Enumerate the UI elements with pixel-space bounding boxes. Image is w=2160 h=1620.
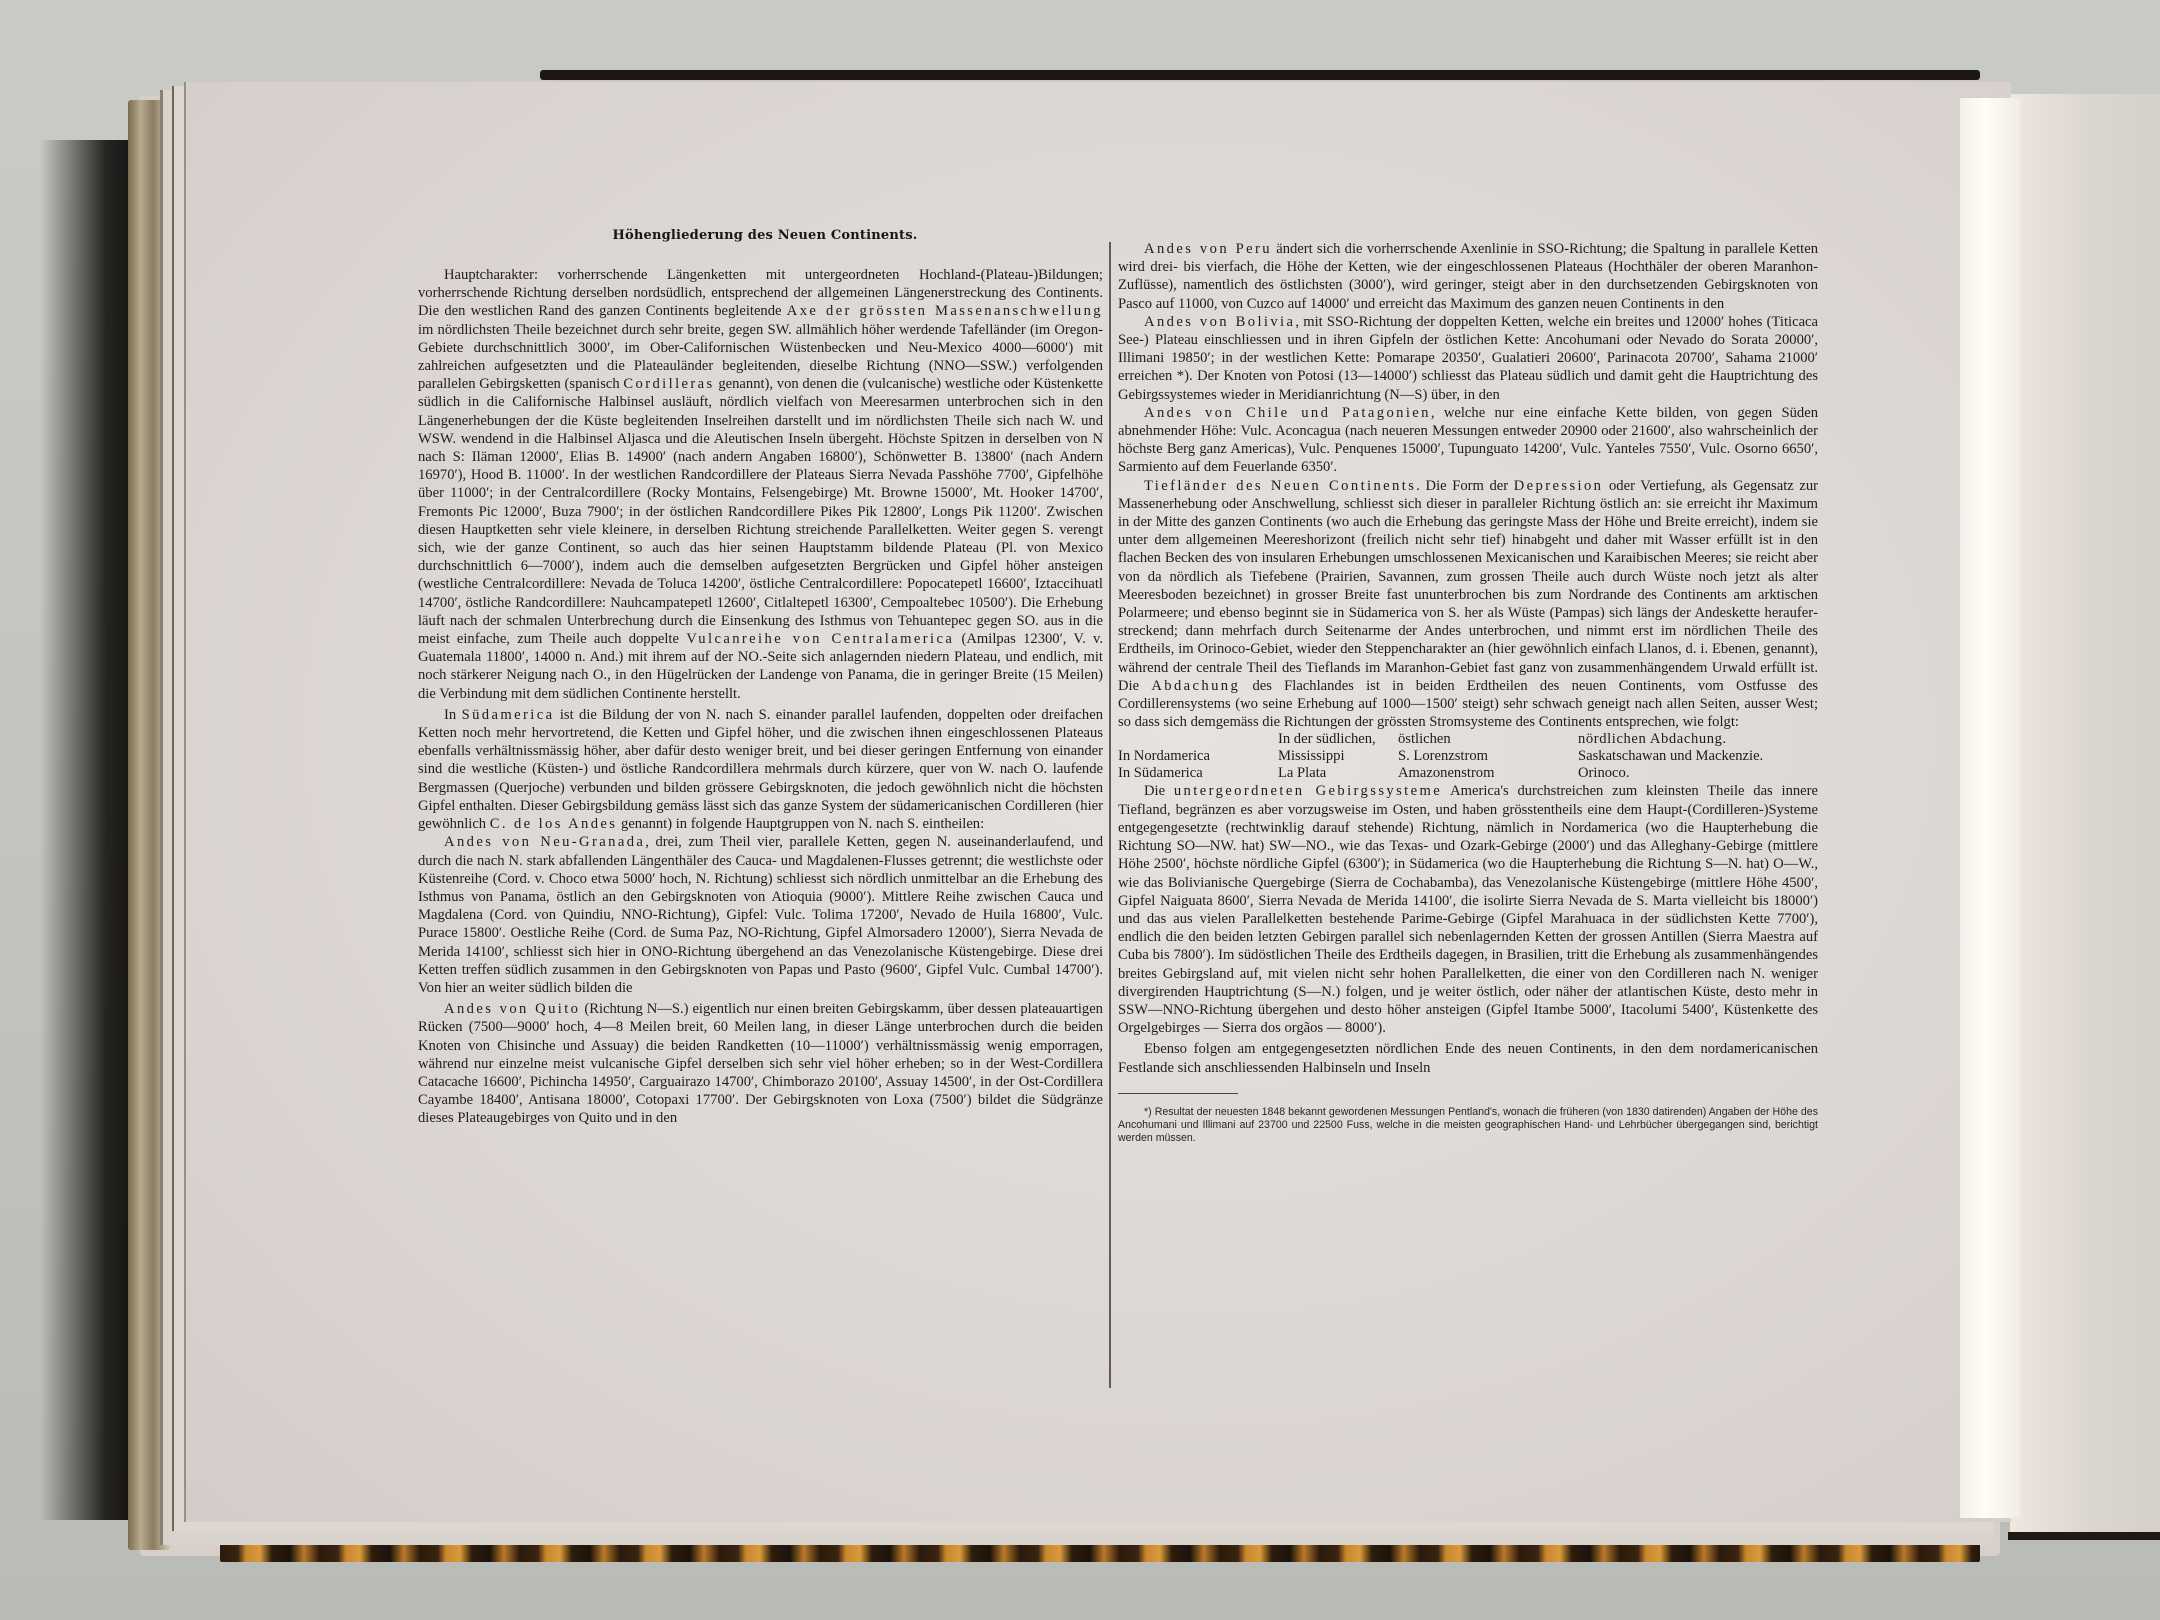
facing-page (2010, 94, 2160, 1534)
spaced-emphasis: Depression (1514, 478, 1604, 494)
column-divider (1109, 242, 1111, 1388)
right-column: Andes von Peru ändert sich die vorherrsc… (1118, 240, 1818, 1145)
river-table-header-cell: nördlichen Abdachung. (1578, 731, 1818, 748)
river-table-cell: Amazonenstrom (1398, 765, 1578, 782)
paragraph-suedamerica: In Südamerica ist die Bildung der von N.… (418, 706, 1103, 833)
page-content: Höhengliederung des Neuen Continents. Ha… (400, 228, 1820, 1388)
river-table-header-cell: In der südlichen, (1278, 731, 1398, 748)
spaced-emphasis: Cordilleras (623, 376, 714, 392)
spaced-emphasis: C. de los Andes (490, 816, 618, 832)
river-table-cell: Saskatschawan und Mackenzie. (1578, 748, 1818, 765)
footnote-text: *) Resultat der neuesten 1848 bekannt ge… (1118, 1106, 1818, 1146)
river-table-cell: Orinoco. (1578, 765, 1818, 782)
spaced-emphasis: Andes von Neu-Granada (444, 834, 645, 850)
paragraph-untergeordnete-gebirgssysteme: Die untergeordneten Gebirgssysteme Ameri… (1118, 782, 1818, 1037)
paragraph-quito: Andes von Quito (Richtung N—S.) eigentli… (418, 1000, 1103, 1127)
left-column: Hauptcharakter: vorherrschende Längenket… (418, 266, 1103, 1128)
spaced-emphasis: Vulcanreihe von Centralamerica (686, 631, 954, 647)
paragraph-ebenso: Ebenso folgen am entgegengesetzten nördl… (1118, 1040, 1818, 1076)
spaced-emphasis: Andes von Quito (444, 1001, 580, 1017)
river-table-cell: S. Lorenzstrom (1398, 748, 1578, 765)
river-table-cell: La Plata (1278, 765, 1398, 782)
footnote: *) Resultat der neuesten 1848 bekannt ge… (1118, 1106, 1818, 1146)
spaced-emphasis: Tiefländer des Neuen Continents (1144, 478, 1416, 494)
spaced-emphasis: Abdachung (1151, 678, 1240, 694)
spaced-emphasis: Axe der grössten Massenanschwellung (787, 303, 1103, 319)
river-table: In der südlichen, östlichen nördlichen A… (1118, 731, 1818, 782)
river-table-cell: Mississippi (1278, 748, 1398, 765)
spaced-emphasis: untergeordneten Gebirgssysteme (1174, 783, 1442, 799)
facing-cover-edge (2008, 1532, 2160, 1540)
paragraph-chile: Andes von Chile und Patagonien, welche n… (1118, 404, 1818, 477)
spaced-emphasis: Südamerica (462, 707, 555, 723)
spaced-emphasis: Andes von Bolivia (1144, 314, 1295, 330)
river-table-cell: In Südamerica (1118, 765, 1278, 782)
spaced-emphasis: Andes von Chile und Patagonien (1144, 405, 1431, 421)
paragraph-peru: Andes von Peru ändert sich die vorherrsc… (1118, 240, 1818, 313)
river-table-header-cell: östlichen (1398, 731, 1578, 748)
river-table-header-cell (1118, 731, 1278, 748)
paragraph-neu-granada: Andes von Neu-Granada, drei, zum Theil v… (418, 833, 1103, 997)
spaced-emphasis: Andes von Peru (1144, 241, 1272, 257)
paragraph-bolivia: Andes von Bolivia, mit SSO-Richtung der … (1118, 313, 1818, 404)
page-title: Höhengliederung des Neuen Continents. (605, 228, 925, 243)
paragraph-hauptcharakter: Hauptcharakter: vorherrschende Längenket… (418, 266, 1103, 703)
paragraph-tieflaender: Tiefländer des Neuen Continents. Die For… (1118, 477, 1818, 732)
river-table-cell: In Nordamerica (1118, 748, 1278, 765)
footnote-rule (1118, 1093, 1238, 1094)
page-gutter-glare (1960, 98, 2020, 1518)
book-cover-top-edge (540, 70, 1980, 80)
